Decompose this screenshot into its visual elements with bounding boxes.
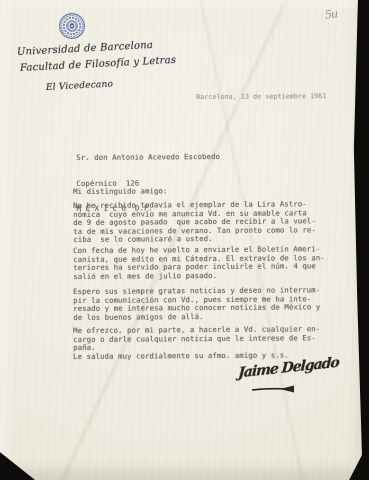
letter-paper: 5u Universidad de Barcelona Facultad de … xyxy=(0,0,369,480)
dateline: Barcelona, 13 de septiembre 1961 xyxy=(196,92,326,101)
recipient-name: Sr. don Antonio Acevedo Escobedo xyxy=(76,153,220,163)
body-paragraph-3: Espero sus siempre gratas noticias y des… xyxy=(73,286,320,322)
letterhead-office: El Vicedecano xyxy=(46,79,114,93)
salutation: Mi distinguido amigo: xyxy=(73,187,167,196)
archival-page-number: 5u xyxy=(324,7,338,22)
body-paragraph-2: Con fecha de hoy he vuelto a enviarle el… xyxy=(73,245,325,281)
university-seal-icon xyxy=(57,11,87,43)
body-paragraph-1: No he recibido todavía el ejemplar de la… xyxy=(73,200,316,244)
letterhead-university: Universidad de Barcelona xyxy=(17,40,154,58)
letter-photo: 5u Universidad de Barcelona Facultad de … xyxy=(0,0,369,480)
closing-line: Le saluda muy cordialmente su afmo. amig… xyxy=(73,351,289,361)
body-paragraph-4: Me ofrezco, por mi parte, a hacerle a Vd… xyxy=(73,325,320,352)
signature-flourish-arrow-icon xyxy=(250,384,298,394)
letterhead-faculty: Facultad de Filosofía y Letras xyxy=(20,55,177,74)
